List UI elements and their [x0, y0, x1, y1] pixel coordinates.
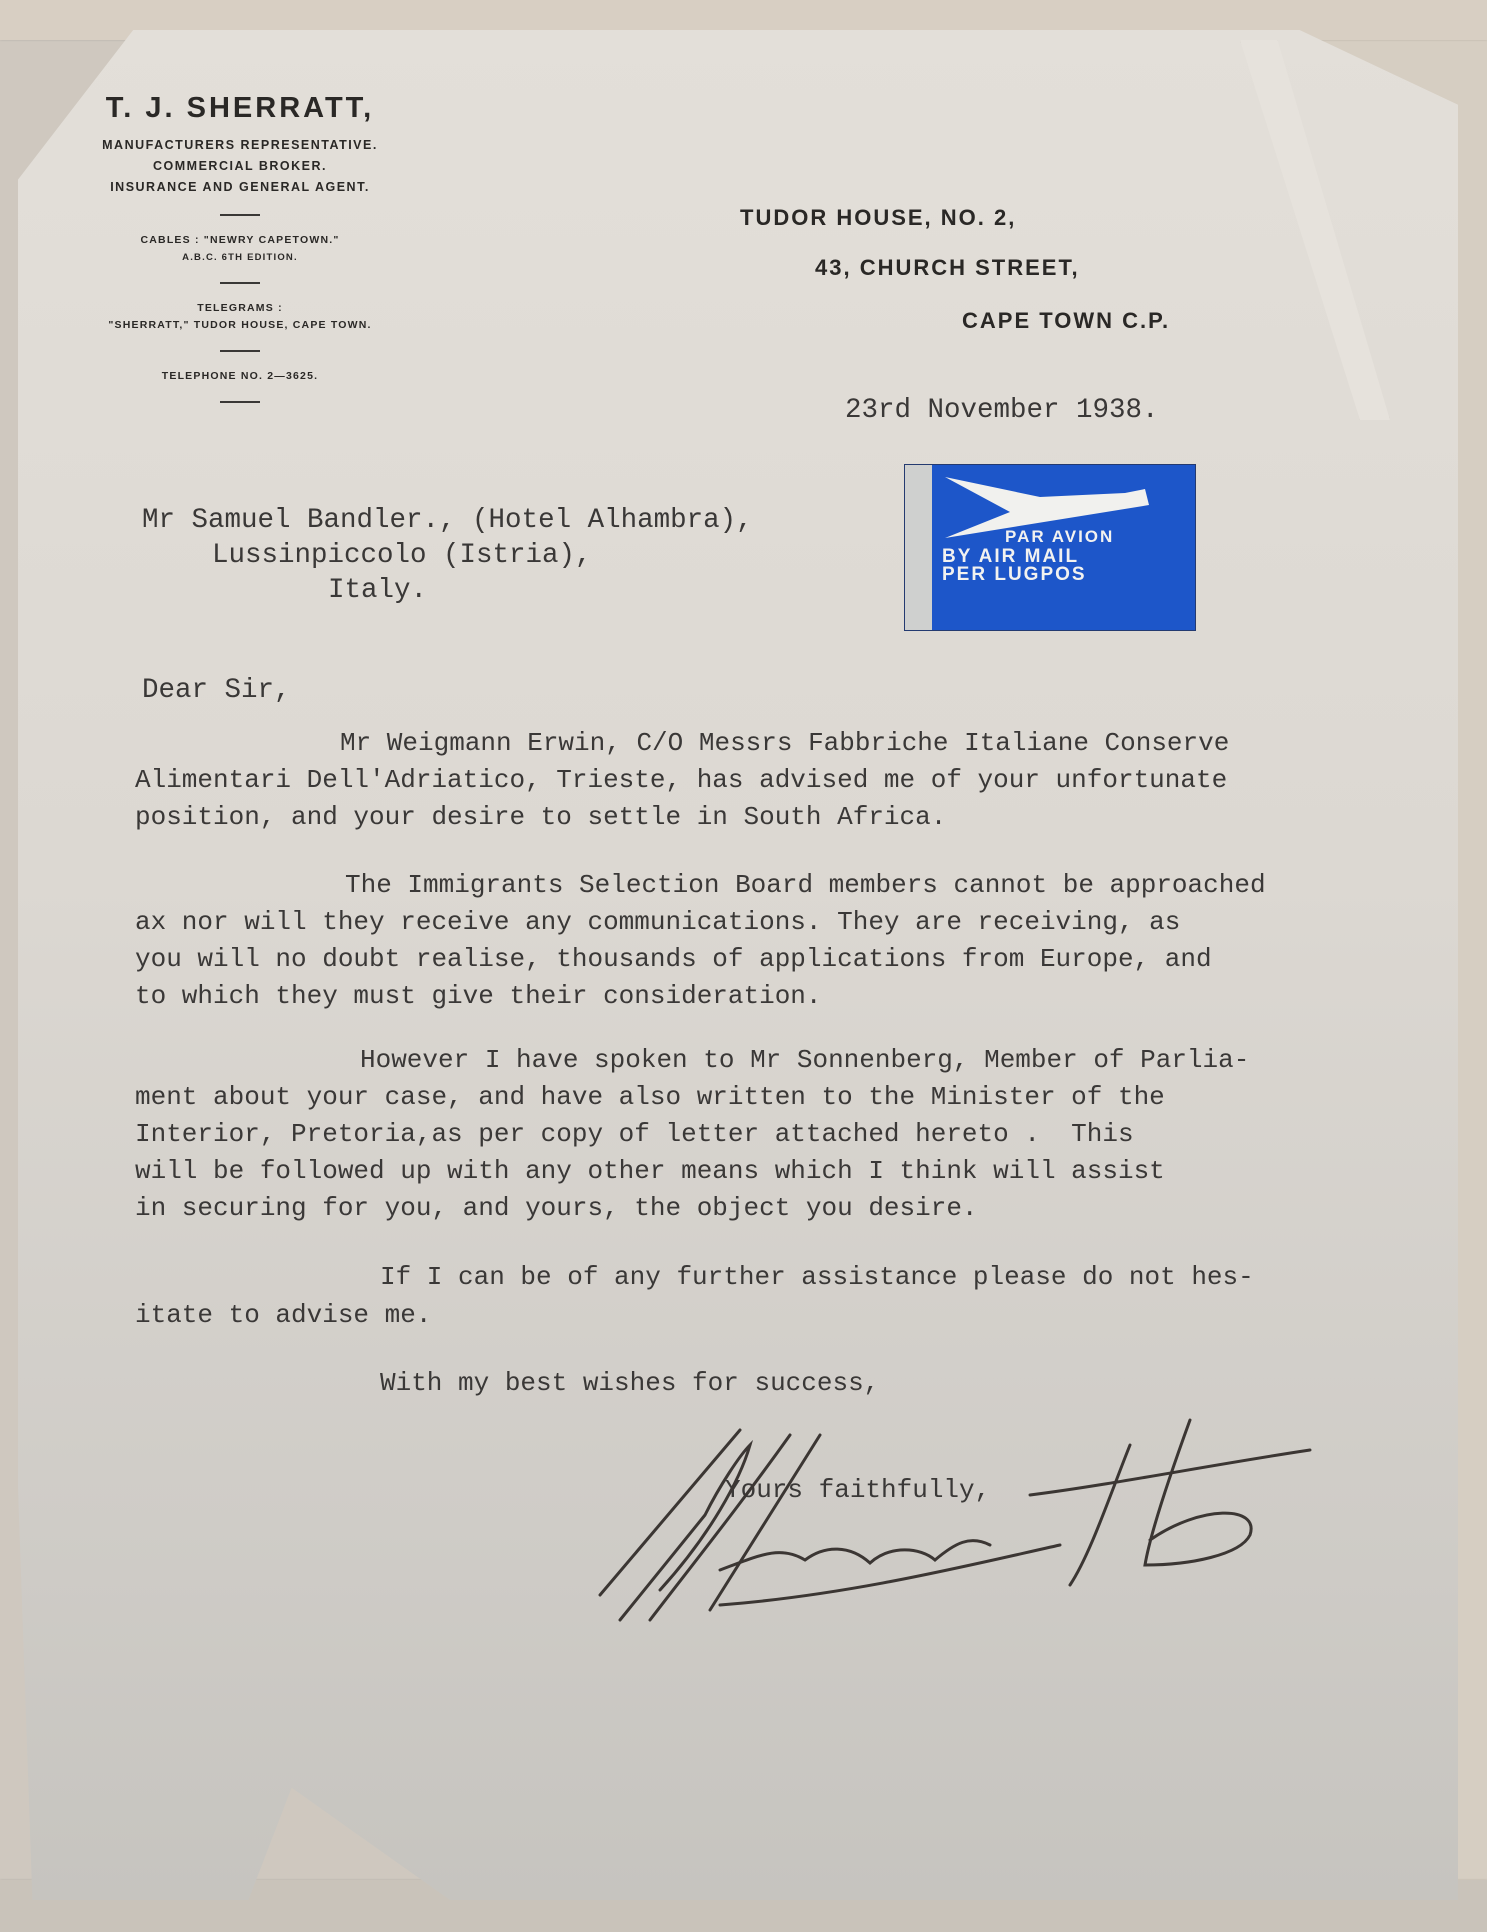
divider	[220, 282, 260, 284]
body-line: The Immigrants Selection Board members c…	[345, 870, 1266, 900]
cables-code: A.B.C. 6TH EDITION.	[60, 249, 420, 266]
handwritten-signature-icon	[590, 1395, 1440, 1635]
recipient-line: Mr Samuel Bandler., (Hotel Alhambra),	[142, 505, 753, 536]
body-line: you will no doubt realise, thousands of …	[135, 944, 1212, 974]
airmail-label: PAR AVION BY AIR MAIL PER LUGPOS	[905, 465, 1195, 630]
address-line: TUDOR HOUSE, NO. 2,	[740, 205, 1016, 231]
role-line: COMMERCIAL BROKER.	[60, 156, 420, 177]
role-line: MANUFACTURERS REPRESENTATIVE.	[60, 135, 420, 156]
telephone-number: TELEPHONE NO. 2—3625.	[60, 368, 420, 385]
closing-wish: With my best wishes for success,	[380, 1368, 879, 1398]
company-name: T. J. SHERRATT,	[60, 92, 420, 125]
recipient-line: Lussinpiccolo (Istria),	[212, 540, 592, 571]
body-line: Alimentari Dell'Adriatico, Trieste, has …	[135, 765, 1227, 795]
letter-date: 23rd November 1938.	[845, 395, 1159, 426]
body-line: ax nor will they receive any communicati…	[135, 907, 1180, 937]
divider	[220, 350, 260, 352]
body-line: Mr Weigmann Erwin, C/O Messrs Fabbriche …	[340, 728, 1229, 758]
body-line: Interior, Pretoria,as per copy of letter…	[135, 1119, 1134, 1149]
telegrams-address: "SHERRATT," TUDOR HOUSE, CAPE TOWN.	[60, 317, 420, 334]
role-line: INSURANCE AND GENERAL AGENT.	[60, 177, 420, 198]
body-line: ment about your case, and have also writ…	[135, 1082, 1165, 1112]
letterhead-left: T. J. SHERRATT, MANUFACTURERS REPRESENTA…	[60, 92, 420, 419]
body-line: However I have spoken to Mr Sonnenberg, …	[360, 1045, 1249, 1075]
recipient-line: Italy.	[328, 575, 427, 606]
body-line: will be followed up with any other means…	[135, 1156, 1165, 1186]
salutation: Dear Sir,	[142, 675, 291, 706]
body-line: position, and your desire to settle in S…	[135, 802, 946, 832]
body-line: If I can be of any further assistance pl…	[380, 1262, 1254, 1292]
divider	[220, 401, 260, 403]
cables-label: CABLES : "NEWRY CAPETOWN."	[60, 232, 420, 249]
body-line: itate to advise me.	[135, 1300, 431, 1330]
body-line: in securing for you, and yours, the obje…	[135, 1193, 978, 1223]
address-line: CAPE TOWN C.P.	[962, 308, 1170, 334]
airmail-per-lugpos: PER LUGPOS	[942, 565, 1087, 584]
telegrams-label: TELEGRAMS :	[60, 300, 420, 317]
airmail-par-avion: PAR AVION	[1005, 527, 1114, 547]
body-line: to which they must give their considerat…	[135, 981, 822, 1011]
address-line: 43, CHURCH STREET,	[815, 255, 1080, 281]
divider	[220, 214, 260, 216]
